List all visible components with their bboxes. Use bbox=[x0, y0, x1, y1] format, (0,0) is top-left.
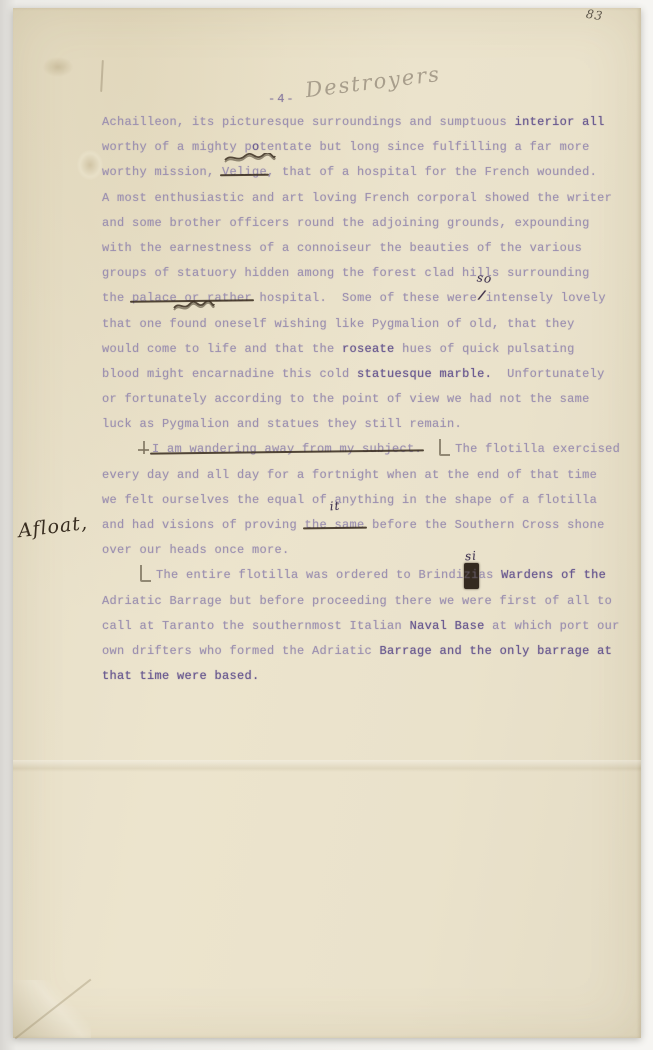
typed-text-segment: worthy of a mighty p bbox=[102, 135, 252, 160]
typescript-line: over our heads once more. bbox=[102, 538, 620, 563]
typescript-line: A most enthusiastic and art loving Frenc… bbox=[102, 186, 620, 211]
typed-text-segment: would come to life and that the bbox=[102, 337, 342, 362]
typed-text-segment: as bbox=[479, 563, 502, 588]
typescript-line: would come to life and that the roseate … bbox=[102, 337, 620, 362]
paper-sheet: 83 -4- Destroyers Afloat, Achailleon, it… bbox=[13, 8, 641, 1038]
typescript-line: I am wandering away from my subject. The… bbox=[102, 437, 620, 462]
typed-text-segment: statuesque marble. bbox=[357, 362, 492, 387]
typescript-line: groups of statuory hidden among the fore… bbox=[102, 261, 620, 286]
typescript-line: The entire flotilla was ordered to Brind… bbox=[102, 563, 620, 588]
typed-text-segment: Unfortunately bbox=[492, 362, 605, 387]
typescript-line: blood might encarnadine this cold statue… bbox=[102, 362, 620, 387]
typescript-line: and had visions of proving the sameit be… bbox=[102, 513, 620, 538]
typed-text-segment: Adriatic Barrage but before proceeding t… bbox=[102, 589, 612, 614]
typed-text-segment: o bbox=[252, 135, 260, 160]
typed-text-segment: every day and all day for a fortnight wh… bbox=[102, 463, 597, 488]
typed-text-segment: A most enthusiastic and art loving Frenc… bbox=[102, 186, 612, 211]
typed-text-segment: roseate bbox=[342, 337, 395, 362]
typescript-line: we felt ourselves the equal of anything … bbox=[102, 488, 620, 513]
typed-text-segment: and had visions of proving bbox=[102, 513, 305, 538]
typescript-body: Achailleon, its picturesque surroundings… bbox=[102, 110, 620, 689]
typed-text-segment: intensely lovely bbox=[486, 286, 606, 311]
typed-text-segment: at which port our bbox=[485, 614, 620, 639]
typed-text-segment: over our heads once more. bbox=[102, 538, 290, 563]
folio-number: 83 bbox=[585, 7, 604, 24]
typed-text-segment: call at Taranto the southernmost Italian bbox=[102, 614, 410, 639]
typescript-line: own drifters who formed the Adriatic Bar… bbox=[102, 639, 620, 664]
typed-text-segment: or fortunately according to the point of… bbox=[102, 387, 590, 412]
typed-text-segment: , that of a hospital for the French woun… bbox=[267, 160, 597, 185]
page-heading: -4- bbox=[268, 92, 296, 106]
typescript-line: worthy mission, Velige, that of a hospit… bbox=[102, 160, 620, 185]
typescript-line: and some brother officers round the adjo… bbox=[102, 211, 620, 236]
typed-text-segment: Barrage and the only barrage at bbox=[380, 639, 613, 664]
typescript-line: or fortunately according to the point of… bbox=[102, 387, 620, 412]
pencil-stroke-mark bbox=[100, 60, 104, 92]
typed-text-segment: blood might encarnadine this cold bbox=[102, 362, 357, 387]
typescript-line: that one found oneself wishing like Pygm… bbox=[102, 312, 620, 337]
typed-text-segment: we felt ourselves the equal of anything … bbox=[102, 488, 597, 513]
typed-text-segment: interior all bbox=[515, 110, 605, 135]
struck-text-segment: the sameit bbox=[305, 513, 365, 538]
heading-annotation-handwritten: Destroyers bbox=[304, 62, 442, 102]
typed-text-segment: luck as Pygmalion and statues they still… bbox=[102, 412, 462, 437]
typed-text-segment: Naval Base bbox=[410, 614, 485, 639]
insertion-cross-mark bbox=[138, 441, 149, 454]
typed-text-segment: hospital. Some of these were bbox=[252, 286, 477, 311]
typed-text-segment: zisi bbox=[464, 563, 479, 588]
typed-text-segment: hues of quick pulsating bbox=[395, 337, 575, 362]
typescript-line: Achailleon, its picturesque surroundings… bbox=[102, 110, 620, 135]
struck-text-segment: Velige bbox=[222, 160, 267, 185]
typed-text-segment: The flotilla exercised bbox=[455, 437, 620, 462]
typed-text-segment: and some brother officers round the adjo… bbox=[102, 211, 590, 236]
typescript-line: Adriatic Barrage but before proceeding t… bbox=[102, 589, 620, 614]
typed-text-segment bbox=[422, 437, 437, 462]
typescript-line: the palace or rather hospital. Some of t… bbox=[102, 286, 620, 311]
folded-corner bbox=[13, 980, 91, 1038]
typed-text-segment: that one found oneself wishing like Pygm… bbox=[102, 312, 575, 337]
typed-text-segment: Achailleon, its picturesque surroundings… bbox=[102, 110, 515, 135]
typed-text-segment: own drifters who formed the Adriatic bbox=[102, 639, 380, 664]
typescript-line: luck as Pygmalion and statues they still… bbox=[102, 412, 620, 437]
paragraph-bracket-mark bbox=[140, 565, 151, 582]
struck-text-segment: palace or rather bbox=[132, 286, 252, 311]
typed-text-segment: The entire flotilla was ordered to Brind… bbox=[156, 563, 464, 588]
typed-text-segment: worthy mission, bbox=[102, 160, 222, 185]
paper-blemish bbox=[41, 56, 75, 78]
typed-text-segment: before the Southern Cross shone bbox=[365, 513, 605, 538]
typed-text-segment: groups of statuory hidden among the fore… bbox=[102, 261, 590, 286]
struck-text-segment: I am wandering away from my subject. bbox=[152, 437, 422, 462]
typed-text-segment: the bbox=[102, 286, 132, 311]
margin-note-handwritten: Afloat, bbox=[17, 512, 89, 542]
typescript-line: worthy of a mighty potentate but long si… bbox=[102, 135, 620, 160]
typed-text-segment: tentate but long since fulfilling a far … bbox=[260, 135, 590, 160]
handwritten-insertion: so bbox=[477, 272, 494, 286]
paragraph-bracket-mark bbox=[439, 439, 450, 456]
typescript-line: with the earnestness of a connoiseur the… bbox=[102, 236, 620, 261]
typed-text-segment: with the earnestness of a connoiseur the… bbox=[102, 236, 582, 261]
fold-crease-line bbox=[15, 979, 92, 1040]
handwritten-insertion: si bbox=[465, 550, 478, 563]
typed-text-segment: Wardens of the bbox=[501, 563, 606, 588]
horizontal-fold-crease bbox=[13, 760, 641, 772]
typescript-line: that time were based. bbox=[102, 664, 620, 689]
typescript-line: call at Taranto the southernmost Italian… bbox=[102, 614, 620, 639]
paper-blemish bbox=[77, 150, 103, 180]
typescript-line: every day and all day for a fortnight wh… bbox=[102, 463, 620, 488]
handwritten-insertion: it bbox=[329, 500, 340, 513]
typed-text-segment: that time were based. bbox=[102, 664, 260, 689]
